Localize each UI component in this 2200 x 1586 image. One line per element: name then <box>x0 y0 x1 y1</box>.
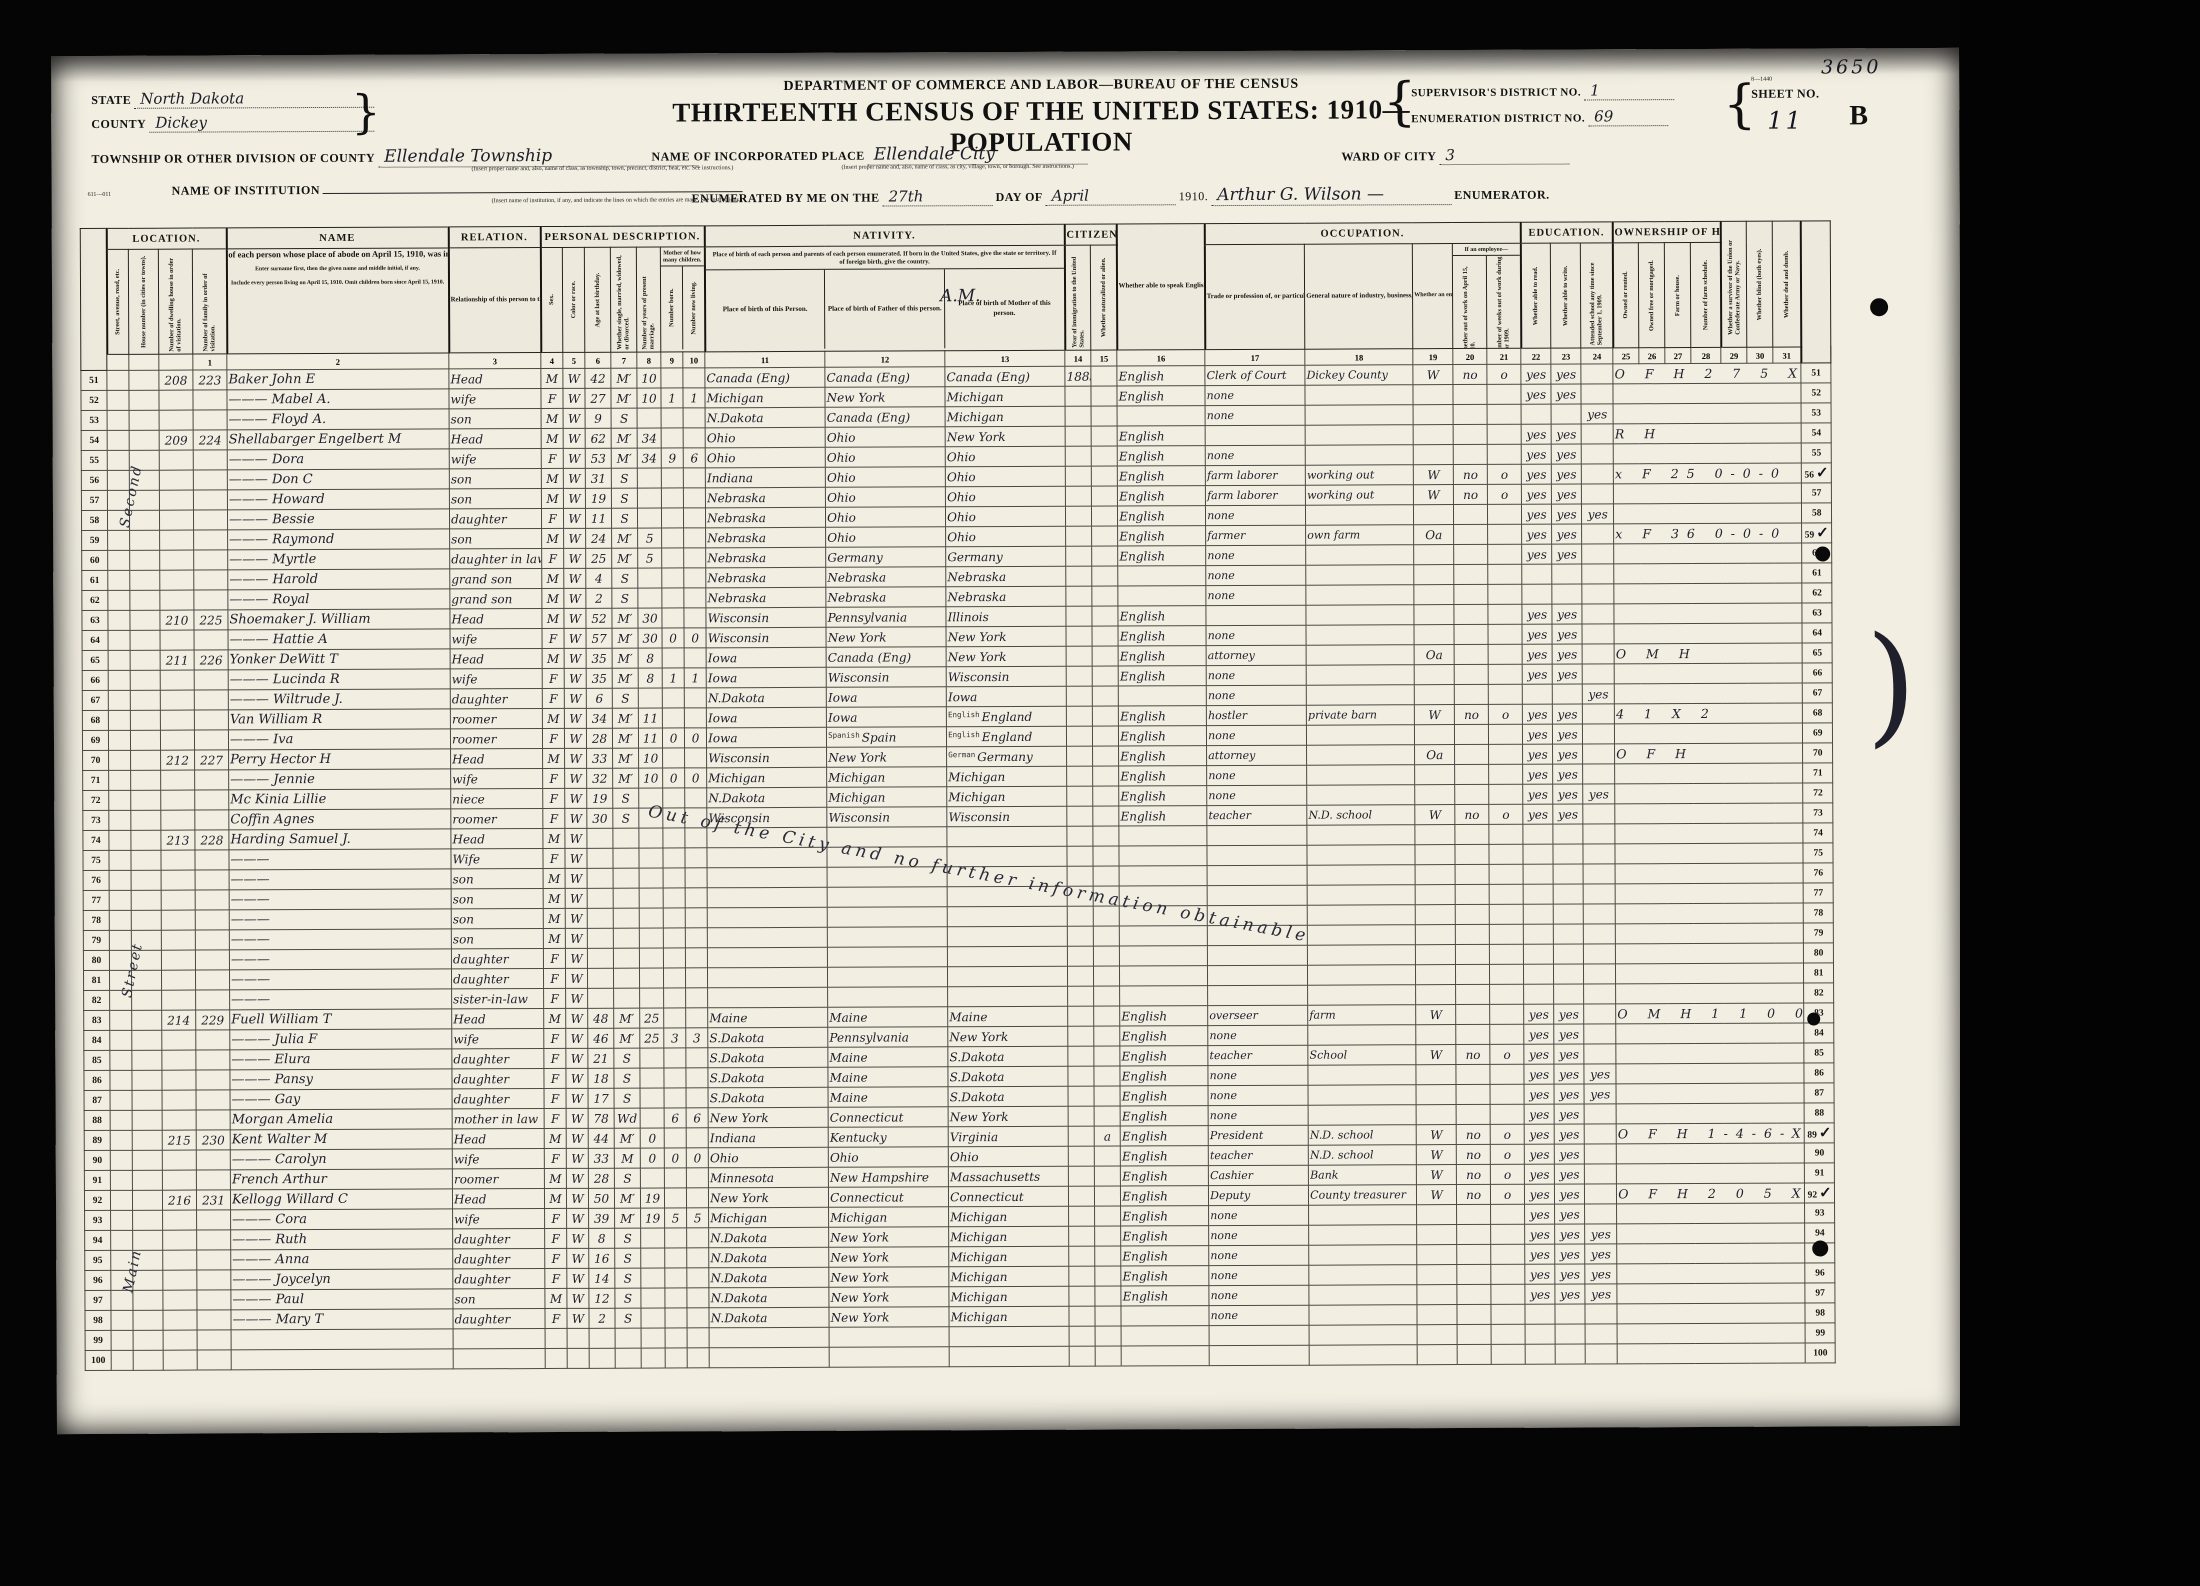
col-trade: Trade or profession of, or particular ki… <box>1204 244 1304 349</box>
enum-district-field: ENUMERATION DISTRICT NO. 69 <box>1411 107 1668 127</box>
col-name-desc: of each person whose place of abode on A… <box>226 248 448 354</box>
column-number: 28 <box>1691 347 1721 363</box>
col-mother-children: Mother of how many children. Number born… <box>660 247 705 352</box>
supervisor-field: SUPERVISOR'S DISTRICT NO. 1 <box>1411 81 1674 101</box>
sheet-label: SHEET NO. <box>1751 86 1819 100</box>
group-nativity: NATIVITY. <box>704 224 1064 247</box>
column-number: 12 <box>825 351 945 368</box>
place-value: Ellendale City <box>868 144 1088 166</box>
col-age: Age at last birthday. <box>584 247 610 352</box>
column-number: 6 <box>585 352 611 368</box>
column-number: 27 <box>1665 348 1691 364</box>
column-number: 5 <box>563 352 585 368</box>
col-deaf: Whether deaf and dumb. <box>1772 221 1801 347</box>
column-number: 17 <box>1205 349 1305 365</box>
enumerated-month: April <box>1046 186 1176 206</box>
column-number: 19 <box>1413 349 1453 365</box>
sheet-field: SHEET NO. <box>1751 86 1819 101</box>
column-number: 10 <box>683 352 705 368</box>
column-number: 2 <box>227 353 449 370</box>
column-number: 11 <box>705 351 825 368</box>
column-number <box>107 354 129 370</box>
department-line: DEPARTMENT OF COMMERCE AND LABOR—BUREAU … <box>691 76 1391 95</box>
col-if-employee: If an employee— Whether out of work on A… <box>1452 243 1520 348</box>
col-blind: Whether blind (both eyes). <box>1746 221 1773 347</box>
column-number: 25 <box>1613 348 1639 364</box>
am-annotation: A.M. <box>940 286 981 306</box>
col-dwelling-number: Number of dwelling house in order of vis… <box>158 249 192 354</box>
column-number <box>159 354 193 370</box>
col-industry: General nature of industry, business, or… <box>1304 244 1412 349</box>
enum-district-value: 69 <box>1588 107 1668 126</box>
scanned-census-sheet: STATE North Dakota COUNTY Dickey } DEPAR… <box>0 0 2200 1586</box>
col-farm-schedule: Number of farm schedule. <box>1691 242 1721 347</box>
state-county-brace: } <box>351 85 381 139</box>
enumerated-year: 1910. <box>1179 189 1209 203</box>
ward-value: 3 <box>1439 146 1569 166</box>
margin-checkmark: ✓ <box>1816 525 1829 541</box>
census-page: STATE North Dakota COUNTY Dickey } DEPAR… <box>51 48 1965 1434</box>
ink-dot <box>1812 1240 1828 1256</box>
column-number: 8 <box>637 352 661 368</box>
county-label: COUNTY <box>91 117 146 131</box>
census-table: LOCATION. NAME RELATION. PERSONAL DESCRI… <box>80 220 1836 1371</box>
sheet-brace: { <box>1723 75 1756 135</box>
place-note: (Insert proper name and, also, name of c… <box>841 163 1261 171</box>
col-owned-rented: Owned or rented. <box>1613 243 1639 348</box>
col-family-number: Number of family in order of visitation. <box>192 249 226 354</box>
group-relation: RELATION. <box>448 227 540 248</box>
group-ownership: OWNERSHIP OF HOME. <box>1612 221 1720 242</box>
column-number: 22 <box>1521 348 1551 364</box>
ward-label: WARD OF CITY <box>1341 149 1436 163</box>
col-english: Whether able to speak English; or, if no… <box>1116 224 1205 350</box>
township-value: Ellendale Township <box>378 145 698 167</box>
column-number: 20 <box>1453 348 1487 364</box>
col-farm-house: Farm or house. <box>1665 243 1691 348</box>
ink-dot <box>1870 298 1888 316</box>
group-education: EDUCATION. <box>1520 222 1612 243</box>
col-relation-desc: Relationship of this person to the head … <box>448 248 540 353</box>
state-label: STATE <box>91 93 131 107</box>
page-header: STATE North Dakota COUNTY Dickey } DEPAR… <box>51 48 1960 228</box>
margin-checkmark: ✓ <box>1819 1125 1832 1141</box>
col-school: Attended school any time since September… <box>1581 243 1613 348</box>
correction-stamp: German <box>948 750 975 759</box>
col-naturalized: Whether naturalized or alien. <box>1090 245 1116 350</box>
col-sex: Sex. <box>540 247 562 352</box>
col-years-married: Number of years of present marriage. <box>636 247 660 352</box>
col-civil-war: Whether a survivor of the Union or Confe… <box>1720 221 1747 347</box>
township-label: TOWNSHIP OR OTHER DIVISION OF COUNTY <box>91 151 375 166</box>
column-number: 7 <box>611 352 637 368</box>
correction-stamp: Spanish <box>828 730 860 739</box>
ink-dot <box>1807 1012 1820 1025</box>
correction-stamp: English <box>948 710 980 719</box>
correction-stamp: English <box>948 730 980 739</box>
sheet-form-code: 8—1440 <box>1751 77 1772 83</box>
county-field: COUNTY Dickey <box>91 113 374 133</box>
margin-paren-mark: ) <box>1865 608 1916 760</box>
column-number: 23 <box>1551 348 1581 364</box>
col-read: Whether able to read. <box>1521 243 1551 348</box>
supervisor-value: 1 <box>1584 81 1674 100</box>
column-number: 1 <box>193 354 227 370</box>
column-number: 15 <box>1091 350 1117 366</box>
column-number: 9 <box>661 352 683 368</box>
margin-checkmark: ✓ <box>1819 1185 1832 1201</box>
col-street: Street, avenue, road, etc. <box>106 249 128 354</box>
state-field: STATE North Dakota <box>91 89 374 109</box>
page-number-handwritten: 3650 <box>1821 56 1881 78</box>
column-number: 24 <box>1581 348 1613 364</box>
column-number <box>129 354 159 370</box>
ink-dot <box>1815 546 1830 561</box>
scan-black-edge <box>1960 0 2200 1586</box>
col-employer: Whether an employer, employee, or workin… <box>1412 244 1452 349</box>
col-nativity-sub: Place of birth of each person and parent… <box>704 245 1064 352</box>
line-number-col-right <box>1800 221 1831 363</box>
column-number: 31 <box>1773 347 1801 363</box>
col-immigration: Year of immigration to the United States… <box>1064 245 1090 350</box>
form-code-left: 611—011 <box>88 192 112 198</box>
enumerator-label: ENUMERATOR. <box>1454 188 1549 202</box>
census-table-wrap: LOCATION. NAME RELATION. PERSONAL DESCRI… <box>80 220 1836 1371</box>
col-house-number: House number (in cities or towns). <box>128 249 158 354</box>
group-citizenship: CITIZENSHIP. <box>1064 224 1116 245</box>
group-location: LOCATION. <box>106 228 226 250</box>
column-number: 18 <box>1305 349 1413 365</box>
margin-checkmark: ✓ <box>1816 465 1829 481</box>
day-of-label: DAY OF <box>996 190 1043 204</box>
column-number: 13 <box>945 350 1065 367</box>
col-free-mortgaged: Owned free or mortgaged. <box>1639 243 1665 348</box>
enumerator-name: Arthur G. Wilson — <box>1211 184 1451 206</box>
column-number: 3 <box>449 353 541 369</box>
supervisor-label: SUPERVISOR'S DISTRICT NO. <box>1411 86 1581 99</box>
ward-field: WARD OF CITY 3 <box>1341 146 1569 166</box>
column-number: 14 <box>1065 350 1091 366</box>
column-number: 21 <box>1487 348 1521 364</box>
group-occupation: OCCUPATION. <box>1204 222 1520 244</box>
line-number-col-left <box>80 228 107 370</box>
column-number: 4 <box>541 352 563 368</box>
column-number: 16 <box>1117 350 1205 366</box>
column-number: 30 <box>1747 347 1773 363</box>
enum-district-label: ENUMERATION DISTRICT NO. <box>1411 112 1585 125</box>
enumerated-line: ENUMERATED BY ME ON THE 27th DAY OF Apri… <box>692 184 1550 209</box>
state-value: North Dakota <box>134 89 374 109</box>
col-color: Color or race. <box>562 247 584 352</box>
institution-label: NAME OF INSTITUTION <box>172 183 320 198</box>
col-write: Whether able to write. <box>1551 243 1581 348</box>
county-value: Dickey <box>149 113 374 133</box>
group-personal: PERSONAL DESCRIPTION. <box>540 226 704 248</box>
column-number: 29 <box>1721 347 1747 363</box>
enumerated-prefix: ENUMERATED BY ME ON THE <box>692 191 880 206</box>
sheet-value: 11 <box>1767 107 1804 135</box>
column-number: 26 <box>1639 348 1665 364</box>
group-name: NAME <box>226 227 448 249</box>
institution-field: NAME OF INSTITUTION <box>172 181 743 198</box>
sheet-letter: B <box>1849 100 1868 132</box>
enumerated-day: 27th <box>883 187 993 206</box>
col-marital: Whether single, married, widowed, or div… <box>610 247 636 352</box>
place-label: NAME OF INCORPORATED PLACE <box>651 149 864 164</box>
